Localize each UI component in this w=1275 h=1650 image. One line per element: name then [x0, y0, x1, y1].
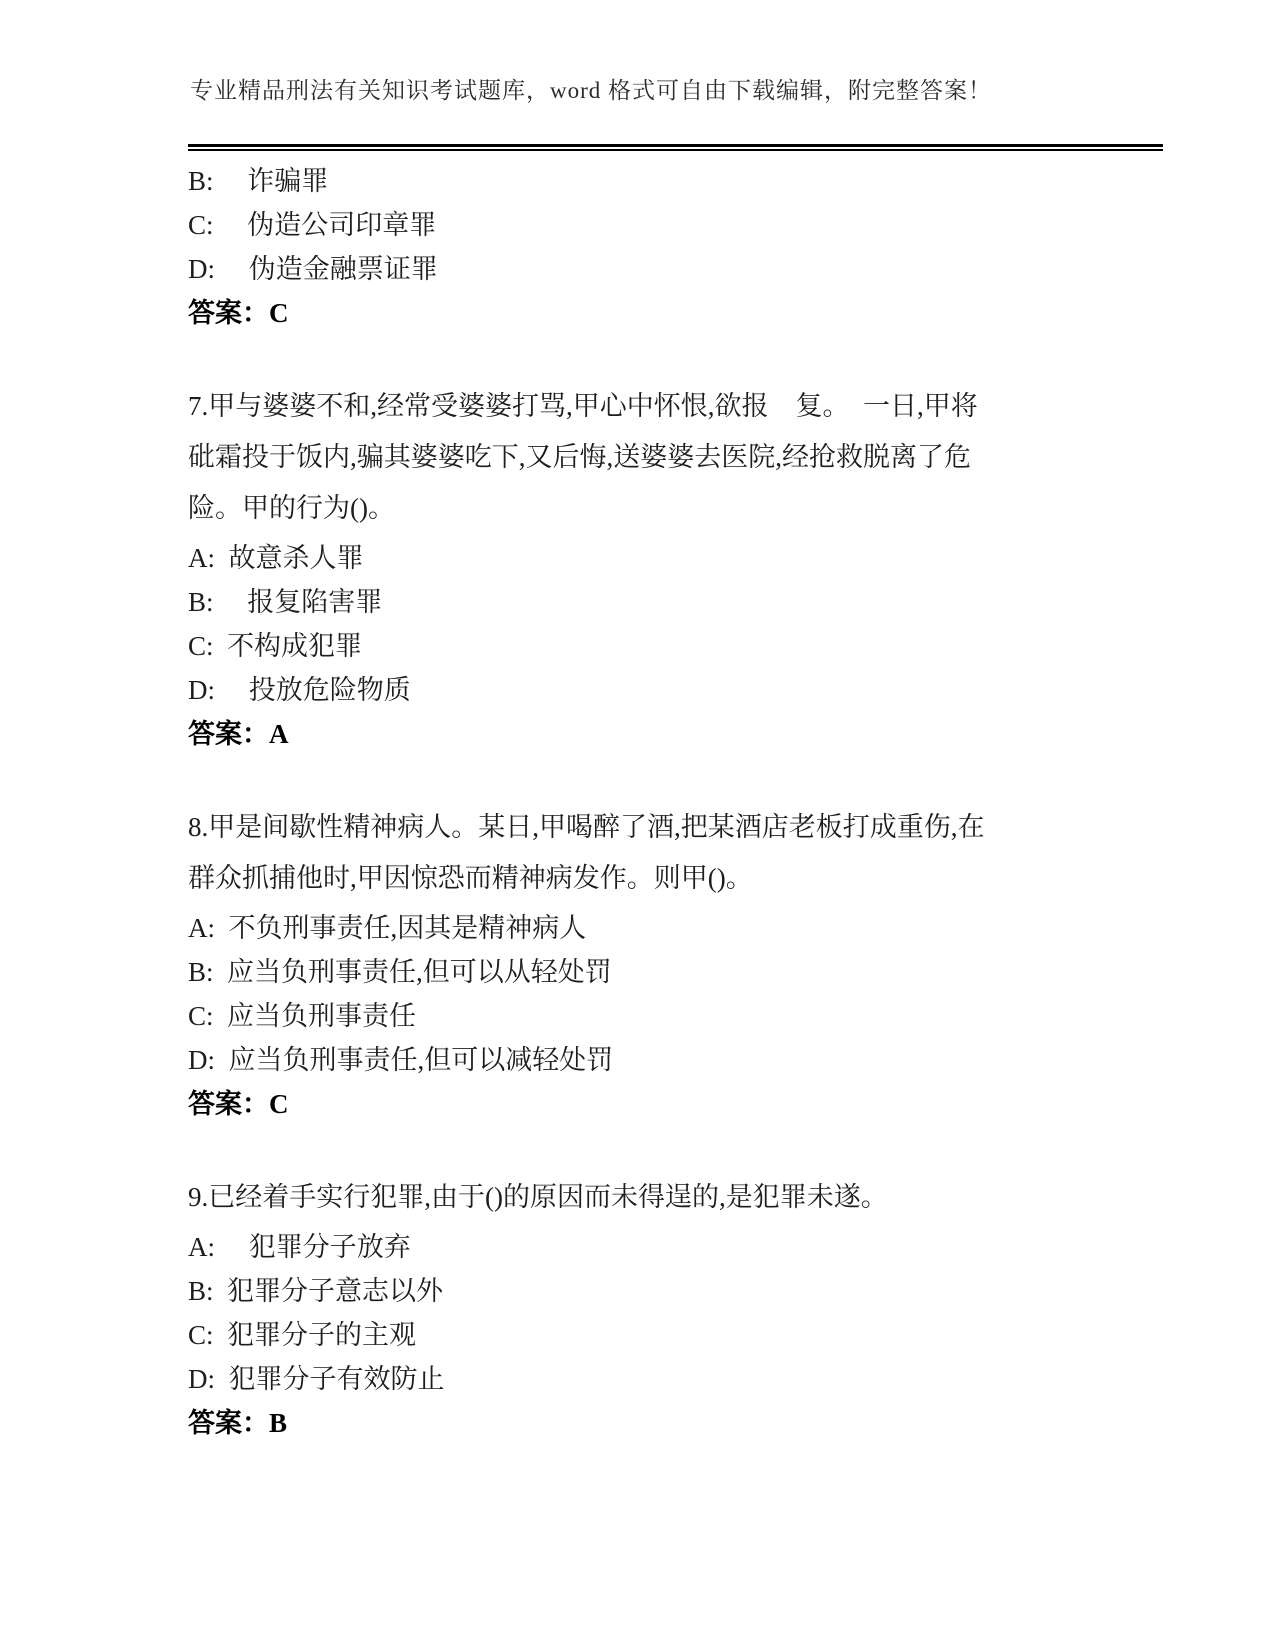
question-stem-line: 8.甲是间歇性精神病人。某日,甲喝醉了酒,把某酒店老板打成重伤,在 [188, 802, 1188, 853]
question-9-block: 9.已经着手实行犯罪,由于()的原因而未得逞的,是犯罪未遂。 A: 犯罪分子放弃… [188, 1172, 1188, 1445]
question-8-block: 8.甲是间歇性精神病人。某日,甲喝醉了酒,把某酒店老板打成重伤,在 群众抓捕他时… [188, 802, 1188, 1126]
option-line: B: 犯罪分子意志以外 [188, 1269, 1188, 1313]
option-line: A: 不负刑事责任,因其是精神病人 [188, 906, 1188, 950]
option-line: B: 应当负刑事责任,但可以从轻处罚 [188, 950, 1188, 994]
option-line: C: 应当负刑事责任 [188, 994, 1188, 1038]
answer-line: 答案：B [188, 1401, 1188, 1445]
question-stem-line: 群众抓捕他时,甲因惊恐而精神病发作。则甲()。 [188, 853, 1188, 904]
option-line: D: 伪造金融票证罪 [188, 247, 1188, 291]
question-stem-line: 险。甲的行为()。 [188, 483, 1188, 534]
option-line: D: 犯罪分子有效防止 [188, 1357, 1188, 1401]
option-line: A: 故意杀人罪 [188, 536, 1188, 580]
option-line: C: 犯罪分子的主观 [188, 1313, 1188, 1357]
option-line: C: 不构成犯罪 [188, 624, 1188, 668]
question-stem-line: 7.甲与婆婆不和,经常受婆婆打骂,甲心中怀恨,欲报 复。 一日,甲将 [188, 381, 1188, 432]
question-7-options: A: 故意杀人罪 B: 报复陷害罪 C: 不构成犯罪 D: 投放危险物质 [188, 536, 1188, 712]
question-8-stem: 8.甲是间歇性精神病人。某日,甲喝醉了酒,把某酒店老板打成重伤,在 群众抓捕他时… [188, 802, 1188, 904]
question-6-block: B: 诈骗罪 C: 伪造公司印章罪 D: 伪造金融票证罪 答案：C [188, 159, 1188, 335]
answer-line: 答案：A [188, 712, 1188, 756]
option-line: B: 诈骗罪 [188, 159, 1188, 203]
option-line: D: 投放危险物质 [188, 668, 1188, 712]
question-9-stem: 9.已经着手实行犯罪,由于()的原因而未得逞的,是犯罪未遂。 [188, 1172, 1188, 1223]
question-stem-line: 砒霜投于饭内,骗其婆婆吃下,又后悔,送婆婆去医院,经抢救脱离了危 [188, 432, 1188, 483]
document-page: 专业精品刑法有关知识考试题库，word 格式可自由下载编辑，附完整答案！ B: … [0, 0, 1275, 1650]
answer-line: 答案：C [188, 1082, 1188, 1126]
page-header-text: 专业精品刑法有关知识考试题库，word 格式可自由下载编辑，附完整答案！ [190, 72, 992, 105]
option-line: A: 犯罪分子放弃 [188, 1225, 1188, 1269]
header-divider-rule [188, 144, 1163, 151]
document-body: B: 诈骗罪 C: 伪造公司印章罪 D: 伪造金融票证罪 答案：C 7.甲与婆婆… [188, 157, 1188, 1445]
answer-line: 答案：C [188, 291, 1188, 335]
question-7-block: 7.甲与婆婆不和,经常受婆婆打骂,甲心中怀恨,欲报 复。 一日,甲将 砒霜投于饭… [188, 381, 1188, 756]
question-6-options: B: 诈骗罪 C: 伪造公司印章罪 D: 伪造金融票证罪 [188, 159, 1188, 291]
question-7-stem: 7.甲与婆婆不和,经常受婆婆打骂,甲心中怀恨,欲报 复。 一日,甲将 砒霜投于饭… [188, 381, 1188, 534]
question-9-options: A: 犯罪分子放弃 B: 犯罪分子意志以外 C: 犯罪分子的主观 D: 犯罪分子… [188, 1225, 1188, 1401]
option-line: D: 应当负刑事责任,但可以减轻处罚 [188, 1038, 1188, 1082]
option-line: B: 报复陷害罪 [188, 580, 1188, 624]
question-8-options: A: 不负刑事责任,因其是精神病人 B: 应当负刑事责任,但可以从轻处罚 C: … [188, 906, 1188, 1082]
question-stem-line: 9.已经着手实行犯罪,由于()的原因而未得逞的,是犯罪未遂。 [188, 1172, 1188, 1223]
option-line: C: 伪造公司印章罪 [188, 203, 1188, 247]
